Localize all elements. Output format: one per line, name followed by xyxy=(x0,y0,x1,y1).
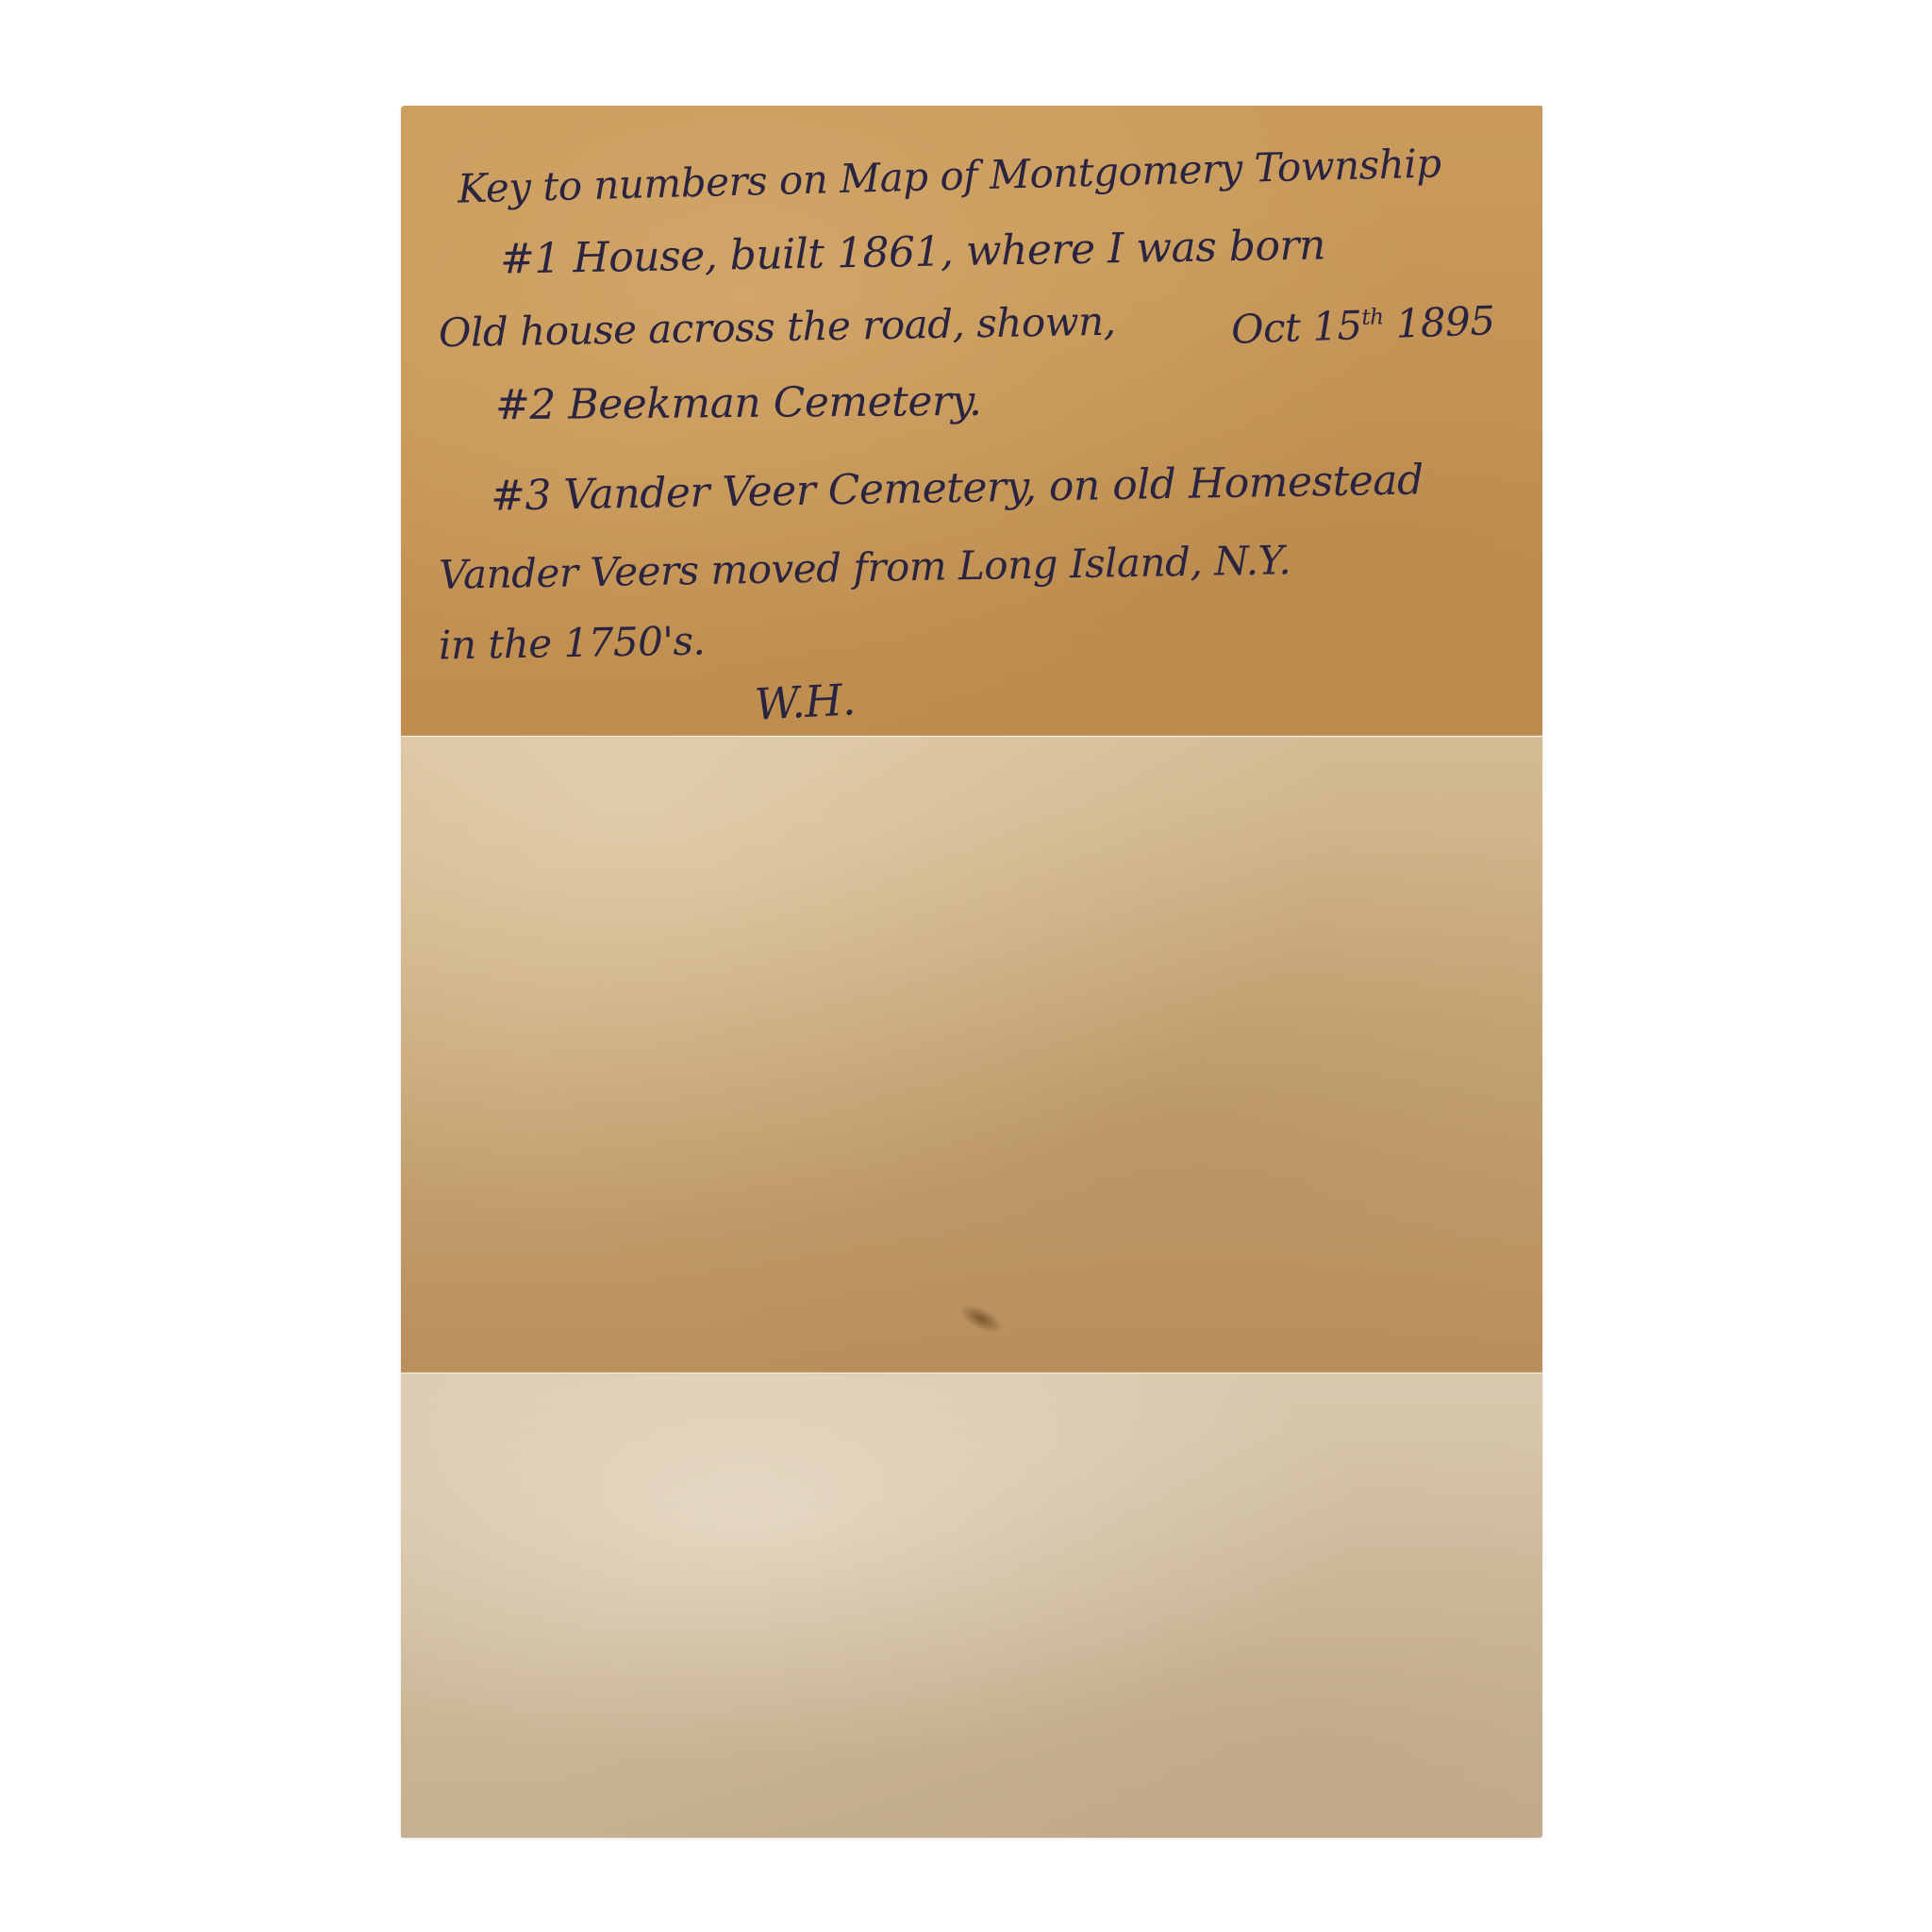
note-date: Oct 15th 1895 xyxy=(1230,297,1495,353)
signature: W.H. xyxy=(754,674,857,730)
paper-bottom-panel xyxy=(401,1374,1542,1838)
paper-middle-panel xyxy=(401,738,1542,1373)
photo-stage: Key to numbers on Map of Montgomery Town… xyxy=(0,0,1932,1932)
note-line-era: in the 1750's. xyxy=(439,618,706,669)
date-year: 1895 xyxy=(1383,297,1495,347)
date-day: Oct 15 xyxy=(1230,302,1362,353)
folded-letter: Key to numbers on Map of Montgomery Town… xyxy=(401,106,1542,1838)
date-ordinal: th xyxy=(1361,305,1384,330)
note-line-item-2: #2 Beekman Cemetery. xyxy=(495,377,982,429)
